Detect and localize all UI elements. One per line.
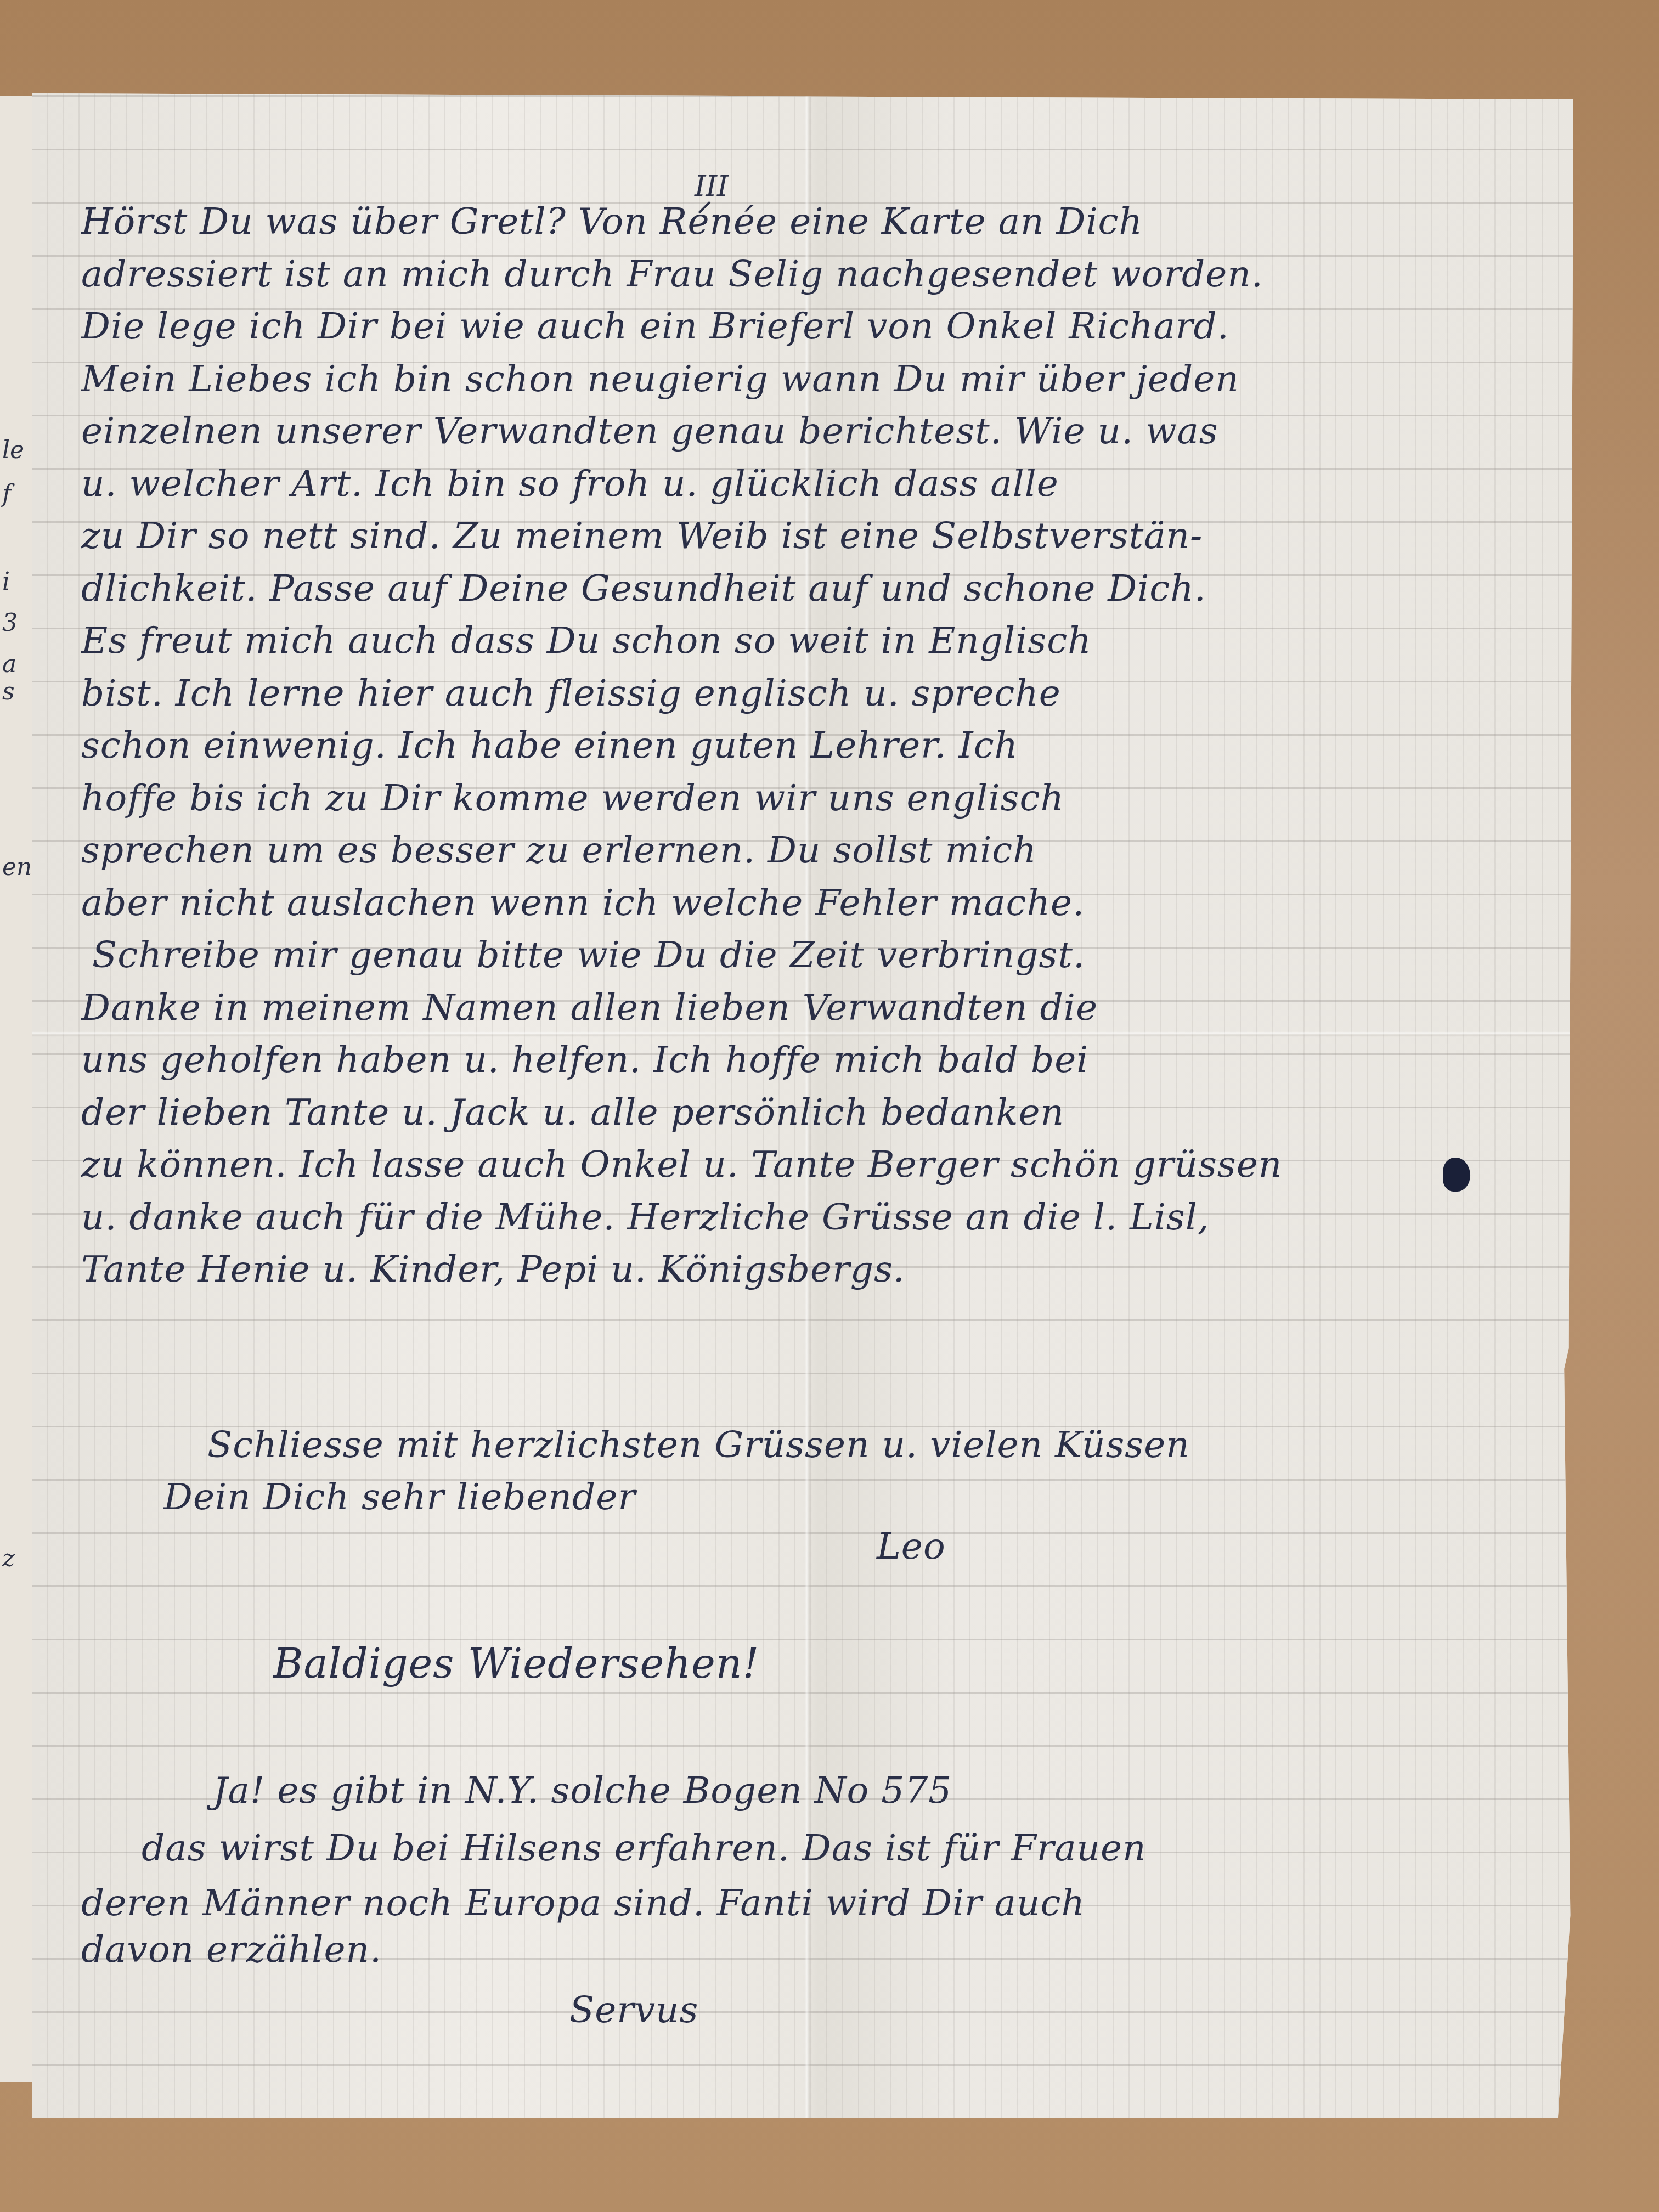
- left-page-fragment: z: [2, 1544, 15, 1572]
- postscript-line: Ja! es gibt in N.Y. solche Bogen No 575: [213, 1769, 952, 1812]
- letter-sheet: III Hörst Du was über Gretl? Von Renée e…: [32, 93, 1573, 2118]
- signature: Leo: [877, 1525, 946, 1567]
- postscript-line: das wirst Du bei Hilsens erfahren. Das i…: [142, 1827, 1147, 1869]
- letter-line: der lieben Tante u. Jack u. alle persönl…: [81, 1091, 1064, 1133]
- left-page-fragment: s: [2, 678, 15, 706]
- closing-line: Schliesse mit herzlichsten Grüssen u. vi…: [207, 1424, 1190, 1466]
- letter-line: Es freut mich auch dass Du schon so weit…: [81, 619, 1092, 662]
- letter-line: bist. Ich lerne hier auch fleissig engli…: [81, 672, 1061, 714]
- letter-line: zu Dir so nett sind. Zu meinem Weib ist …: [81, 515, 1203, 557]
- letter-line: adressiert ist an mich durch Frau Selig …: [81, 253, 1263, 295]
- letter-line: u. danke auch für die Mühe. Herzliche Gr…: [81, 1196, 1210, 1238]
- letter-line: Danke in meinem Namen allen lieben Verwa…: [81, 986, 1098, 1029]
- letter-line: Schreibe mir genau bitte wie Du die Zeit…: [92, 934, 1085, 976]
- ink-blot: [1443, 1158, 1470, 1192]
- horizontal-fold-crease: [32, 1031, 1573, 1037]
- postscript-line: davon erzählen.: [81, 1928, 382, 1971]
- ps-sign-off: Servus: [569, 1989, 699, 2031]
- letter-line: schon einwenig. Ich habe einen guten Leh…: [81, 724, 1018, 766]
- closing-line: Dein Dich sehr liebender: [163, 1476, 636, 1518]
- letter-line: Mein Liebes ich bin schon neugierig wann…: [81, 358, 1239, 400]
- letter-line: u. welcher Art. Ich bin so froh u. glück…: [81, 462, 1059, 505]
- left-page-fragment: en.: [2, 853, 34, 881]
- letter-line: dlichkeit. Passe auf Deine Gesundheit au…: [81, 567, 1206, 610]
- letter-line: Die lege ich Dir bei wie auch ein Briefe…: [81, 305, 1229, 347]
- left-page-fragment: le: [2, 436, 24, 464]
- left-page-fragment: f: [2, 480, 11, 508]
- page-number: III: [695, 170, 729, 203]
- farewell: Baldiges Wiedersehen!: [273, 1640, 759, 1688]
- letter-line: Tante Henie u. Kinder, Pepi u. Königsber…: [81, 1248, 905, 1290]
- letter-line: zu können. Ich lasse auch Onkel u. Tante…: [81, 1143, 1282, 1186]
- adjacent-page-edge: le f i 3 a s en. z: [0, 96, 34, 2082]
- left-page-fragment: 3: [2, 609, 18, 637]
- left-page-fragment: a: [2, 650, 16, 678]
- letter-line: uns geholfen haben u. helfen. Ich hoffe …: [81, 1039, 1088, 1081]
- postscript-line: deren Männer noch Europa sind. Fanti wir…: [81, 1882, 1085, 1924]
- left-page-fragment: i: [2, 568, 10, 596]
- letter-line: aber nicht auslachen wenn ich welche Feh…: [81, 882, 1085, 924]
- letter-line: einzelnen unserer Verwandten genau beric…: [81, 410, 1218, 452]
- letter-line: hoffe bis ich zu Dir komme werden wir un…: [81, 777, 1064, 819]
- letter-line: sprechen um es besser zu erlernen. Du so…: [81, 829, 1037, 871]
- letter-line: Hörst Du was über Gretl? Von Renée eine …: [81, 200, 1143, 242]
